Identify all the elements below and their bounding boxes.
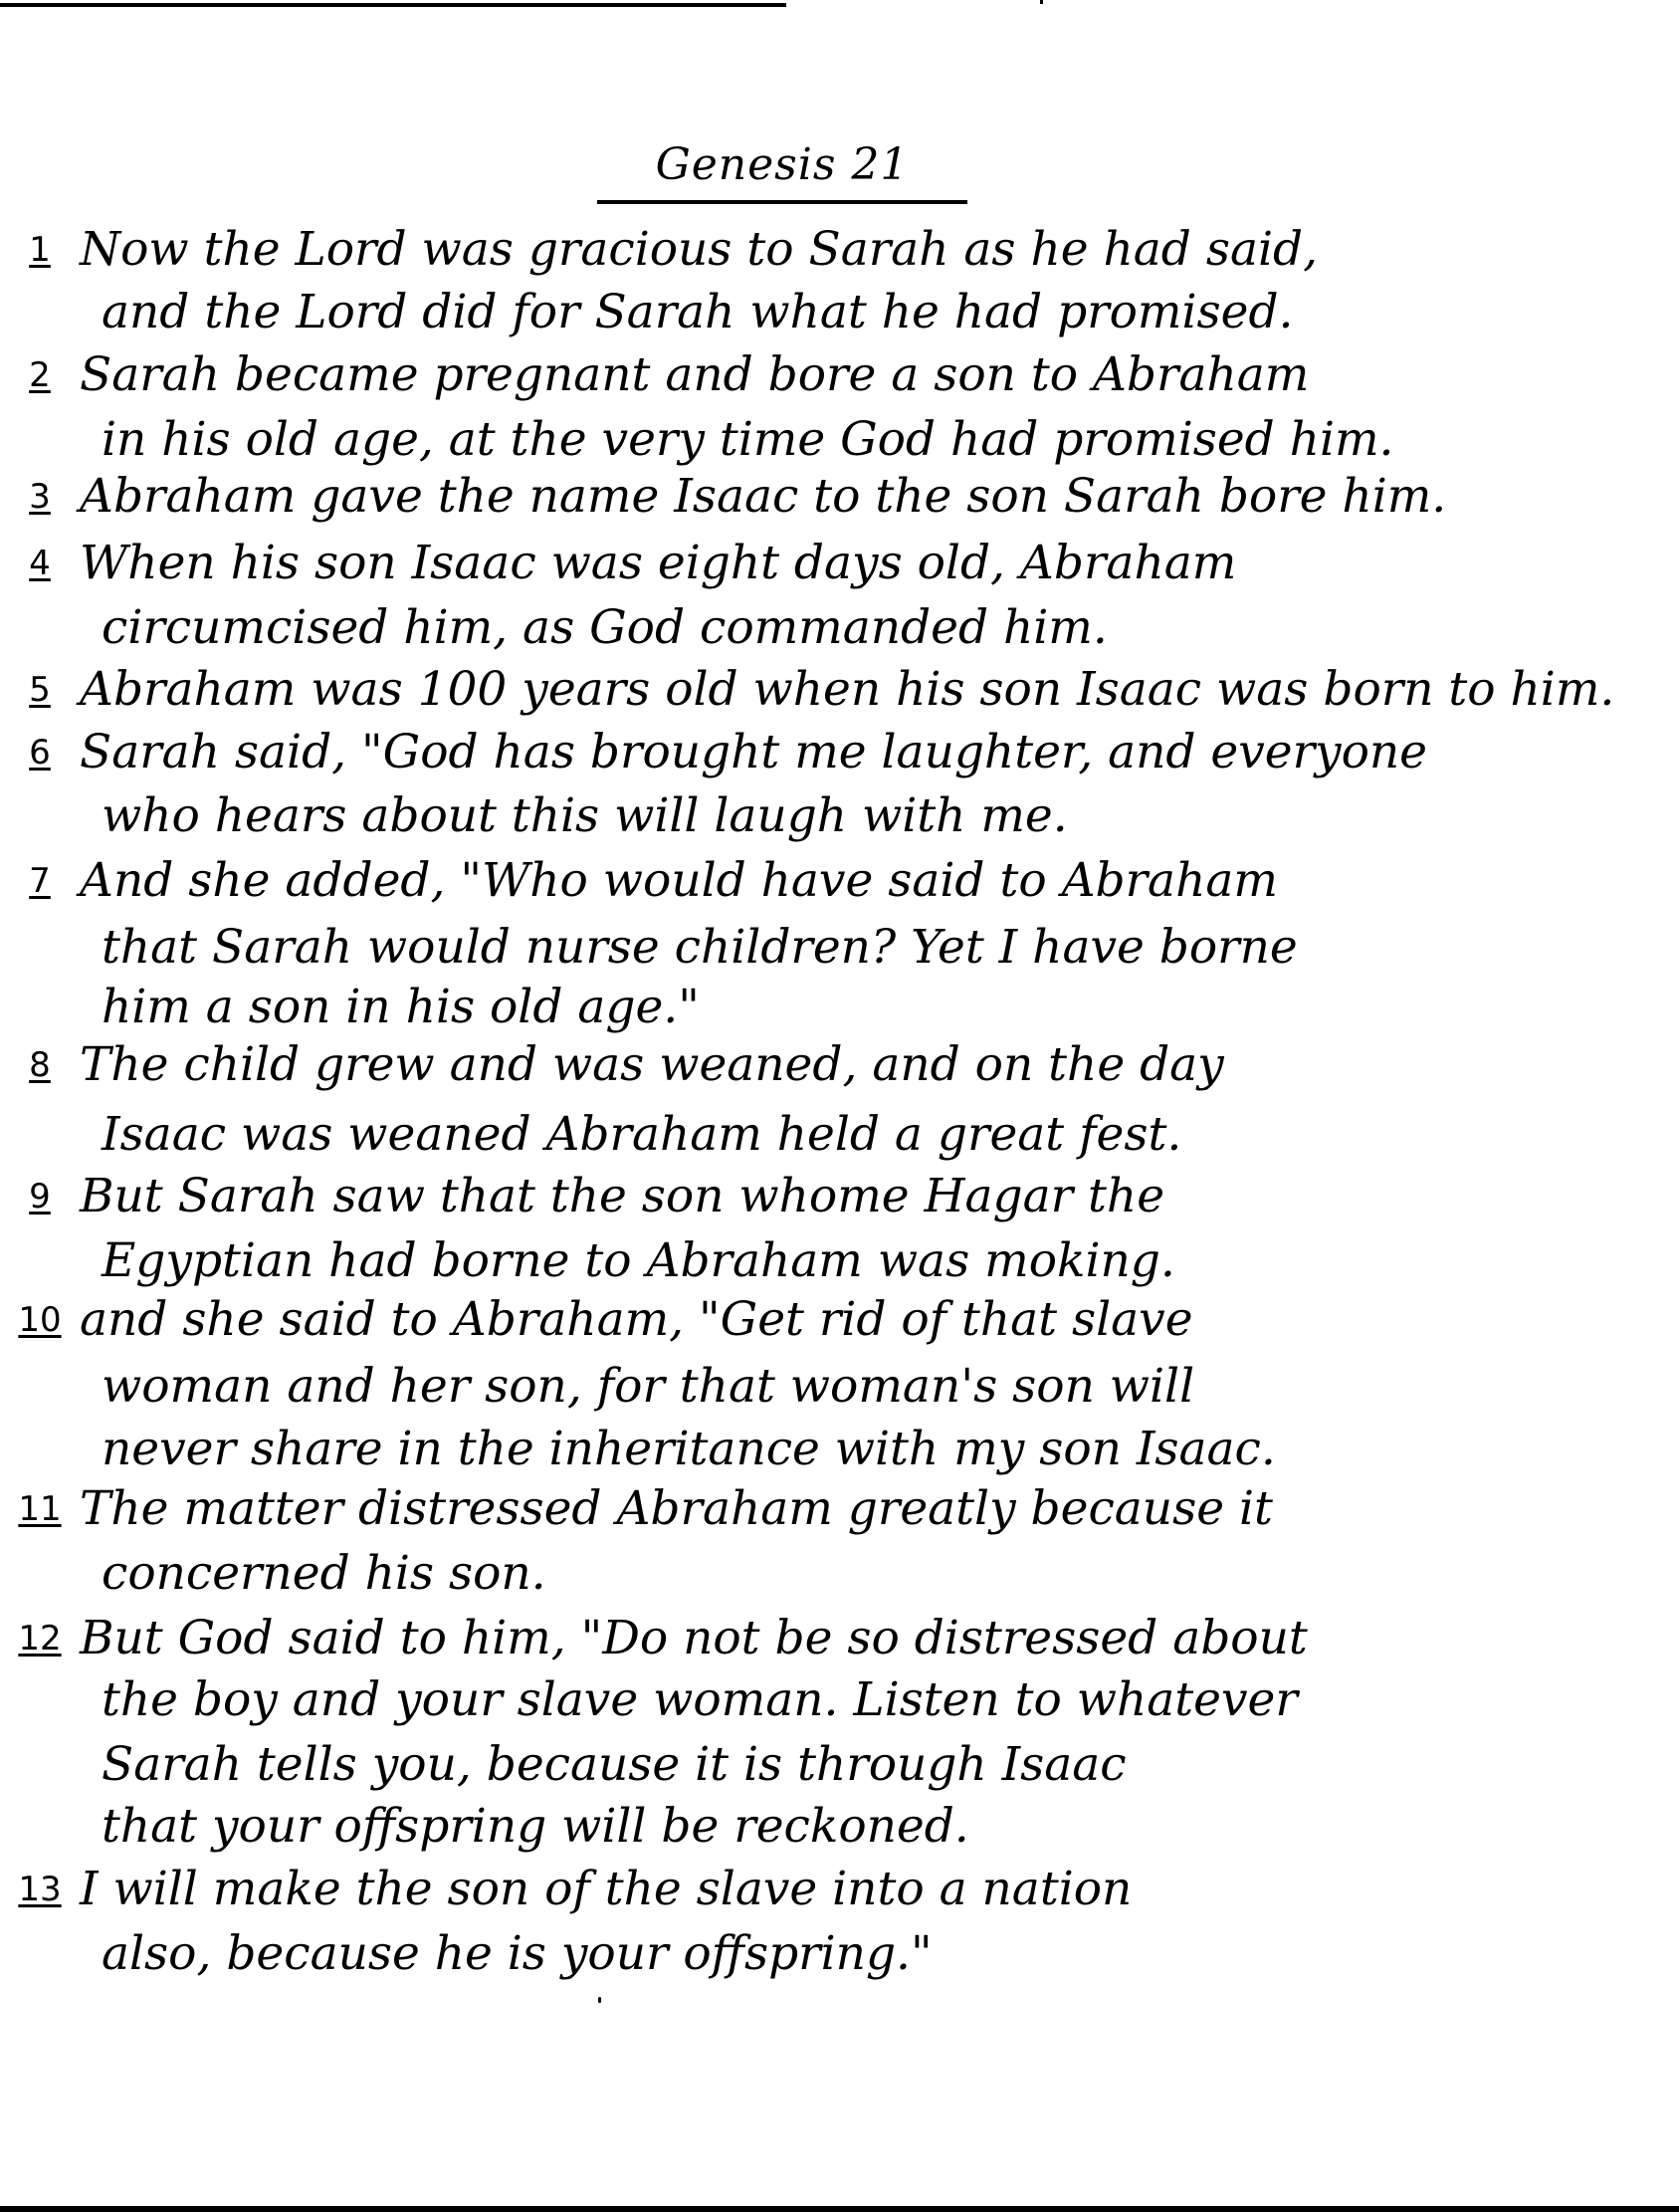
verse-number: 1 [14, 220, 66, 280]
verse-line: 12But God said to him, "Do not be so dis… [0, 1609, 1679, 1668]
verse-line: 5Abraham was 100 years old when his son … [0, 660, 1679, 720]
verse-continuation-line: woman and her son, for that woman's son … [0, 1357, 1679, 1417]
verse-number: 7 [14, 851, 66, 911]
top-scan-edge-rule [0, 3, 786, 7]
verse-line: 8The child grew and was weaned, and on t… [0, 1035, 1679, 1095]
verse-text: the boy and your slave woman. Listen to … [102, 1670, 1298, 1730]
verse-line: 9But Sarah saw that the son whome Hagar … [0, 1167, 1679, 1226]
bottom-scan-edge-rule [0, 2206, 1679, 2212]
verse-text: The matter distressed Abraham greatly be… [80, 1479, 1273, 1539]
verse-text: And she added, "Who would have said to A… [80, 851, 1278, 911]
verse-continuation-line: never share in the inheritance with my s… [0, 1420, 1679, 1479]
verse-text: Egyptian had borne to Abraham was moking… [102, 1231, 1175, 1291]
verse-line: 3Abraham gave the name Isaac to the son … [0, 467, 1679, 527]
verse-continuation-line: who hears about this will laugh with me. [0, 786, 1679, 846]
verse-line: 10and she said to Abraham, "Get rid of t… [0, 1290, 1679, 1350]
verse-number: 5 [14, 660, 66, 720]
scan-mark [1040, 0, 1043, 4]
verse-number: 6 [14, 723, 66, 782]
verse-text: When his son Isaac was eight days old, A… [80, 534, 1236, 593]
verse-continuation-line: concerned his son. [0, 1544, 1679, 1604]
verse-line: 11The matter distressed Abraham greatly … [0, 1479, 1679, 1539]
verse-text: circumcised him, as God commanded him. [102, 598, 1108, 658]
verse-continuation-line: Sarah tells you, because it is through I… [0, 1735, 1679, 1795]
verse-continuation-line: in his old age, at the very time God had… [0, 410, 1679, 470]
verse-text: Abraham was 100 years old when his son I… [80, 660, 1614, 720]
verse-text: Sarah said, "God has brought me laughter… [80, 723, 1427, 782]
verse-text: I will make the son of the slave into a … [80, 1860, 1132, 1919]
verse-text: The child grew and was weaned, and on th… [80, 1035, 1224, 1095]
handwritten-page: Genesis 21 1Now the Lord was gracious to… [0, 0, 1679, 2212]
verse-text: that your offspring will be reckoned. [102, 1797, 969, 1857]
verse-line: 6Sarah said, "God has brought me laughte… [0, 723, 1679, 782]
verse-line: 1Now the Lord was gracious to Sarah as h… [0, 220, 1679, 280]
ink-speck [598, 1997, 601, 2003]
verse-number: 3 [14, 467, 66, 527]
verse-continuation-line: and the Lord did for Sarah what he had p… [0, 283, 1679, 342]
verse-text: and she said to Abraham, "Get rid of tha… [80, 1290, 1193, 1350]
verse-line: 4When his son Isaac was eight days old, … [0, 534, 1679, 593]
verse-text: and the Lord did for Sarah what he had p… [102, 283, 1294, 342]
verse-continuation-line: that your offspring will be reckoned. [0, 1797, 1679, 1857]
verse-text: Sarah became pregnant and bore a son to … [80, 345, 1309, 405]
verse-text: But God said to him, "Do not be so distr… [80, 1609, 1308, 1668]
verse-continuation-line: Isaac was weaned Abraham held a great fe… [0, 1105, 1679, 1165]
verse-continuation-line: Egyptian had borne to Abraham was moking… [0, 1231, 1679, 1291]
verse-number: 10 [14, 1290, 66, 1350]
verse-number: 12 [14, 1609, 66, 1668]
verse-text: never share in the inheritance with my s… [102, 1420, 1276, 1479]
verse-number: 4 [14, 534, 66, 593]
verse-text: also, because he is your offspring." [102, 1924, 933, 1984]
verse-text: concerned his son. [102, 1544, 546, 1604]
verse-text: Now the Lord was gracious to Sarah as he… [80, 220, 1318, 280]
verse-number: 8 [14, 1035, 66, 1095]
verse-number: 2 [14, 345, 66, 405]
verse-text: who hears about this will laugh with me. [102, 786, 1068, 846]
verse-text: Abraham gave the name Isaac to the son S… [80, 467, 1446, 527]
verse-continuation-line: the boy and your slave woman. Listen to … [0, 1670, 1679, 1730]
verse-line: 7And she added, "Who would have said to … [0, 851, 1679, 911]
verse-number: 11 [14, 1479, 66, 1539]
verse-line: 2Sarah became pregnant and bore a son to… [0, 345, 1679, 405]
verse-text: But Sarah saw that the son whome Hagar t… [80, 1167, 1164, 1226]
verse-number: 9 [14, 1167, 66, 1226]
title-underline [597, 200, 967, 204]
page-title: Genesis 21 [597, 137, 967, 193]
verse-continuation-line: also, because he is your offspring." [0, 1924, 1679, 1984]
verse-text: in his old age, at the very time God had… [102, 410, 1394, 470]
verse-line: 13I will make the son of the slave into … [0, 1860, 1679, 1919]
verse-number: 13 [14, 1860, 66, 1919]
verse-text: woman and her son, for that woman's son … [102, 1357, 1194, 1417]
verse-continuation-line: him a son in his old age." [0, 978, 1679, 1037]
verse-continuation-line: circumcised him, as God commanded him. [0, 598, 1679, 658]
verse-text: Sarah tells you, because it is through I… [102, 1735, 1127, 1795]
verse-continuation-line: that Sarah would nurse children? Yet I h… [0, 918, 1679, 978]
verse-text: him a son in his old age." [102, 978, 700, 1037]
verse-text: Isaac was weaned Abraham held a great fe… [102, 1105, 1181, 1165]
verse-text: that Sarah would nurse children? Yet I h… [102, 918, 1298, 978]
